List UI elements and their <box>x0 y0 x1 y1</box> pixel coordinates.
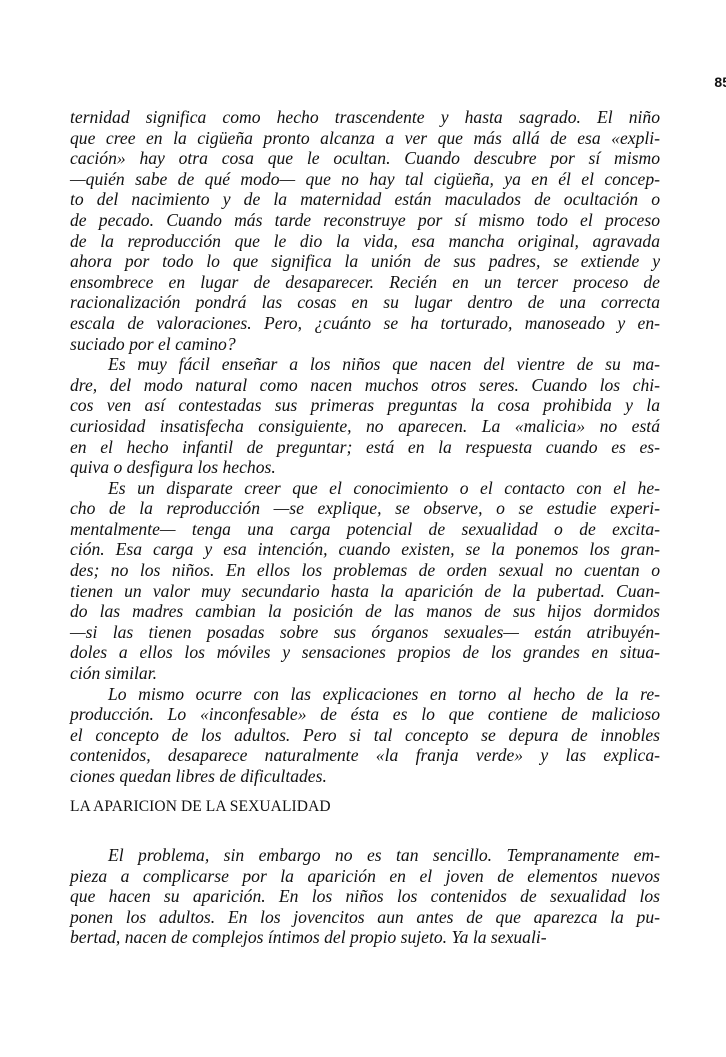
text-line: cación» hay otra cosa que le ocultan. Cu… <box>70 148 660 169</box>
text-line: producción. Lo «inconfesable» de ésta es… <box>70 704 660 725</box>
page-number: 85 <box>700 74 726 90</box>
text-line: doles a ellos los móviles y sensaciones … <box>70 642 660 663</box>
text-line: ción similar. <box>70 663 660 684</box>
paragraph: Es un disparate creer que el conocimient… <box>70 478 660 684</box>
paragraph: ternidad significa como hecho trascenden… <box>70 107 660 354</box>
text-line: dre, del modo natural como nacen muchos … <box>70 375 660 396</box>
text-line: de pecado. Cuando más tarde reconstruye … <box>70 210 660 231</box>
text-line: ternidad significa como hecho trascenden… <box>70 107 660 128</box>
section-heading: LA APARICION DE LA SEXUALIDAD <box>70 798 331 816</box>
text-line: racionalización pondrá las cosas en su l… <box>70 292 660 313</box>
text-line: en el hecho infantil de preguntar; está … <box>70 437 660 458</box>
text-line: de la reproducción que le dio la vida, e… <box>70 231 660 252</box>
text-line: ahora por todo lo que significa la unión… <box>70 251 660 272</box>
text-line: El problema, sin embargo no es tan senci… <box>70 845 660 866</box>
text-line: que hacen su aparición. En los niños los… <box>70 886 660 907</box>
text-line: ensombrece en lugar de desaparecer. Reci… <box>70 272 660 293</box>
section-paragraph: El problema, sin embargo no es tan senci… <box>70 845 660 948</box>
paragraph: Es muy fácil enseñar a los niños que nac… <box>70 354 660 478</box>
paragraph: El problema, sin embargo no es tan senci… <box>70 845 660 948</box>
text-line: pieza a complicarse por la aparición en … <box>70 866 660 887</box>
text-line: ción. Esa carga y esa intención, cuando … <box>70 539 660 560</box>
text-line: escala de valoraciones. Pero, ¿cuánto se… <box>70 313 660 334</box>
text-line: cos ven así contestadas sus primeras pre… <box>70 395 660 416</box>
text-line: bertad, nacen de complejos íntimos del p… <box>70 927 660 948</box>
text-line: ponen los adultos. En los jovencitos aun… <box>70 907 660 928</box>
text-line: el concepto de los adultos. Pero si tal … <box>70 725 660 746</box>
text-line: des; no los niños. En ellos los problema… <box>70 560 660 581</box>
text-line: tienen un valor muy secundario hasta la … <box>70 581 660 602</box>
text-line: Es muy fácil enseñar a los niños que nac… <box>70 354 660 375</box>
body-text: ternidad significa como hecho trascenden… <box>70 107 660 787</box>
text-line: suciado por el camino? <box>70 334 660 355</box>
text-line: do las madres cambian la posición de las… <box>70 601 660 622</box>
text-line: contenidos, desaparece naturalmente «la … <box>70 745 660 766</box>
text-line: Es un disparate creer que el conocimient… <box>70 478 660 499</box>
text-line: —quién sabe de qué modo— que no hay tal … <box>70 169 660 190</box>
text-line: cho de la reproducción —se explique, se … <box>70 498 660 519</box>
text-line: quiva o desfigura los hechos. <box>70 457 660 478</box>
text-line: que cree en la cigüeña pronto alcanza a … <box>70 128 660 149</box>
text-line: curiosidad insatisfecha consiguiente, no… <box>70 416 660 437</box>
text-line: mentalmente— tenga una carga potencial d… <box>70 519 660 540</box>
text-line: to del nacimiento y de la maternidad est… <box>70 189 660 210</box>
text-line: ciones quedan libres de dificultades. <box>70 766 660 787</box>
text-line: Lo mismo ocurre con las explicaciones en… <box>70 684 660 705</box>
paragraph: Lo mismo ocurre con las explicaciones en… <box>70 684 660 787</box>
text-line: —si las tienen posadas sobre sus órganos… <box>70 622 660 643</box>
